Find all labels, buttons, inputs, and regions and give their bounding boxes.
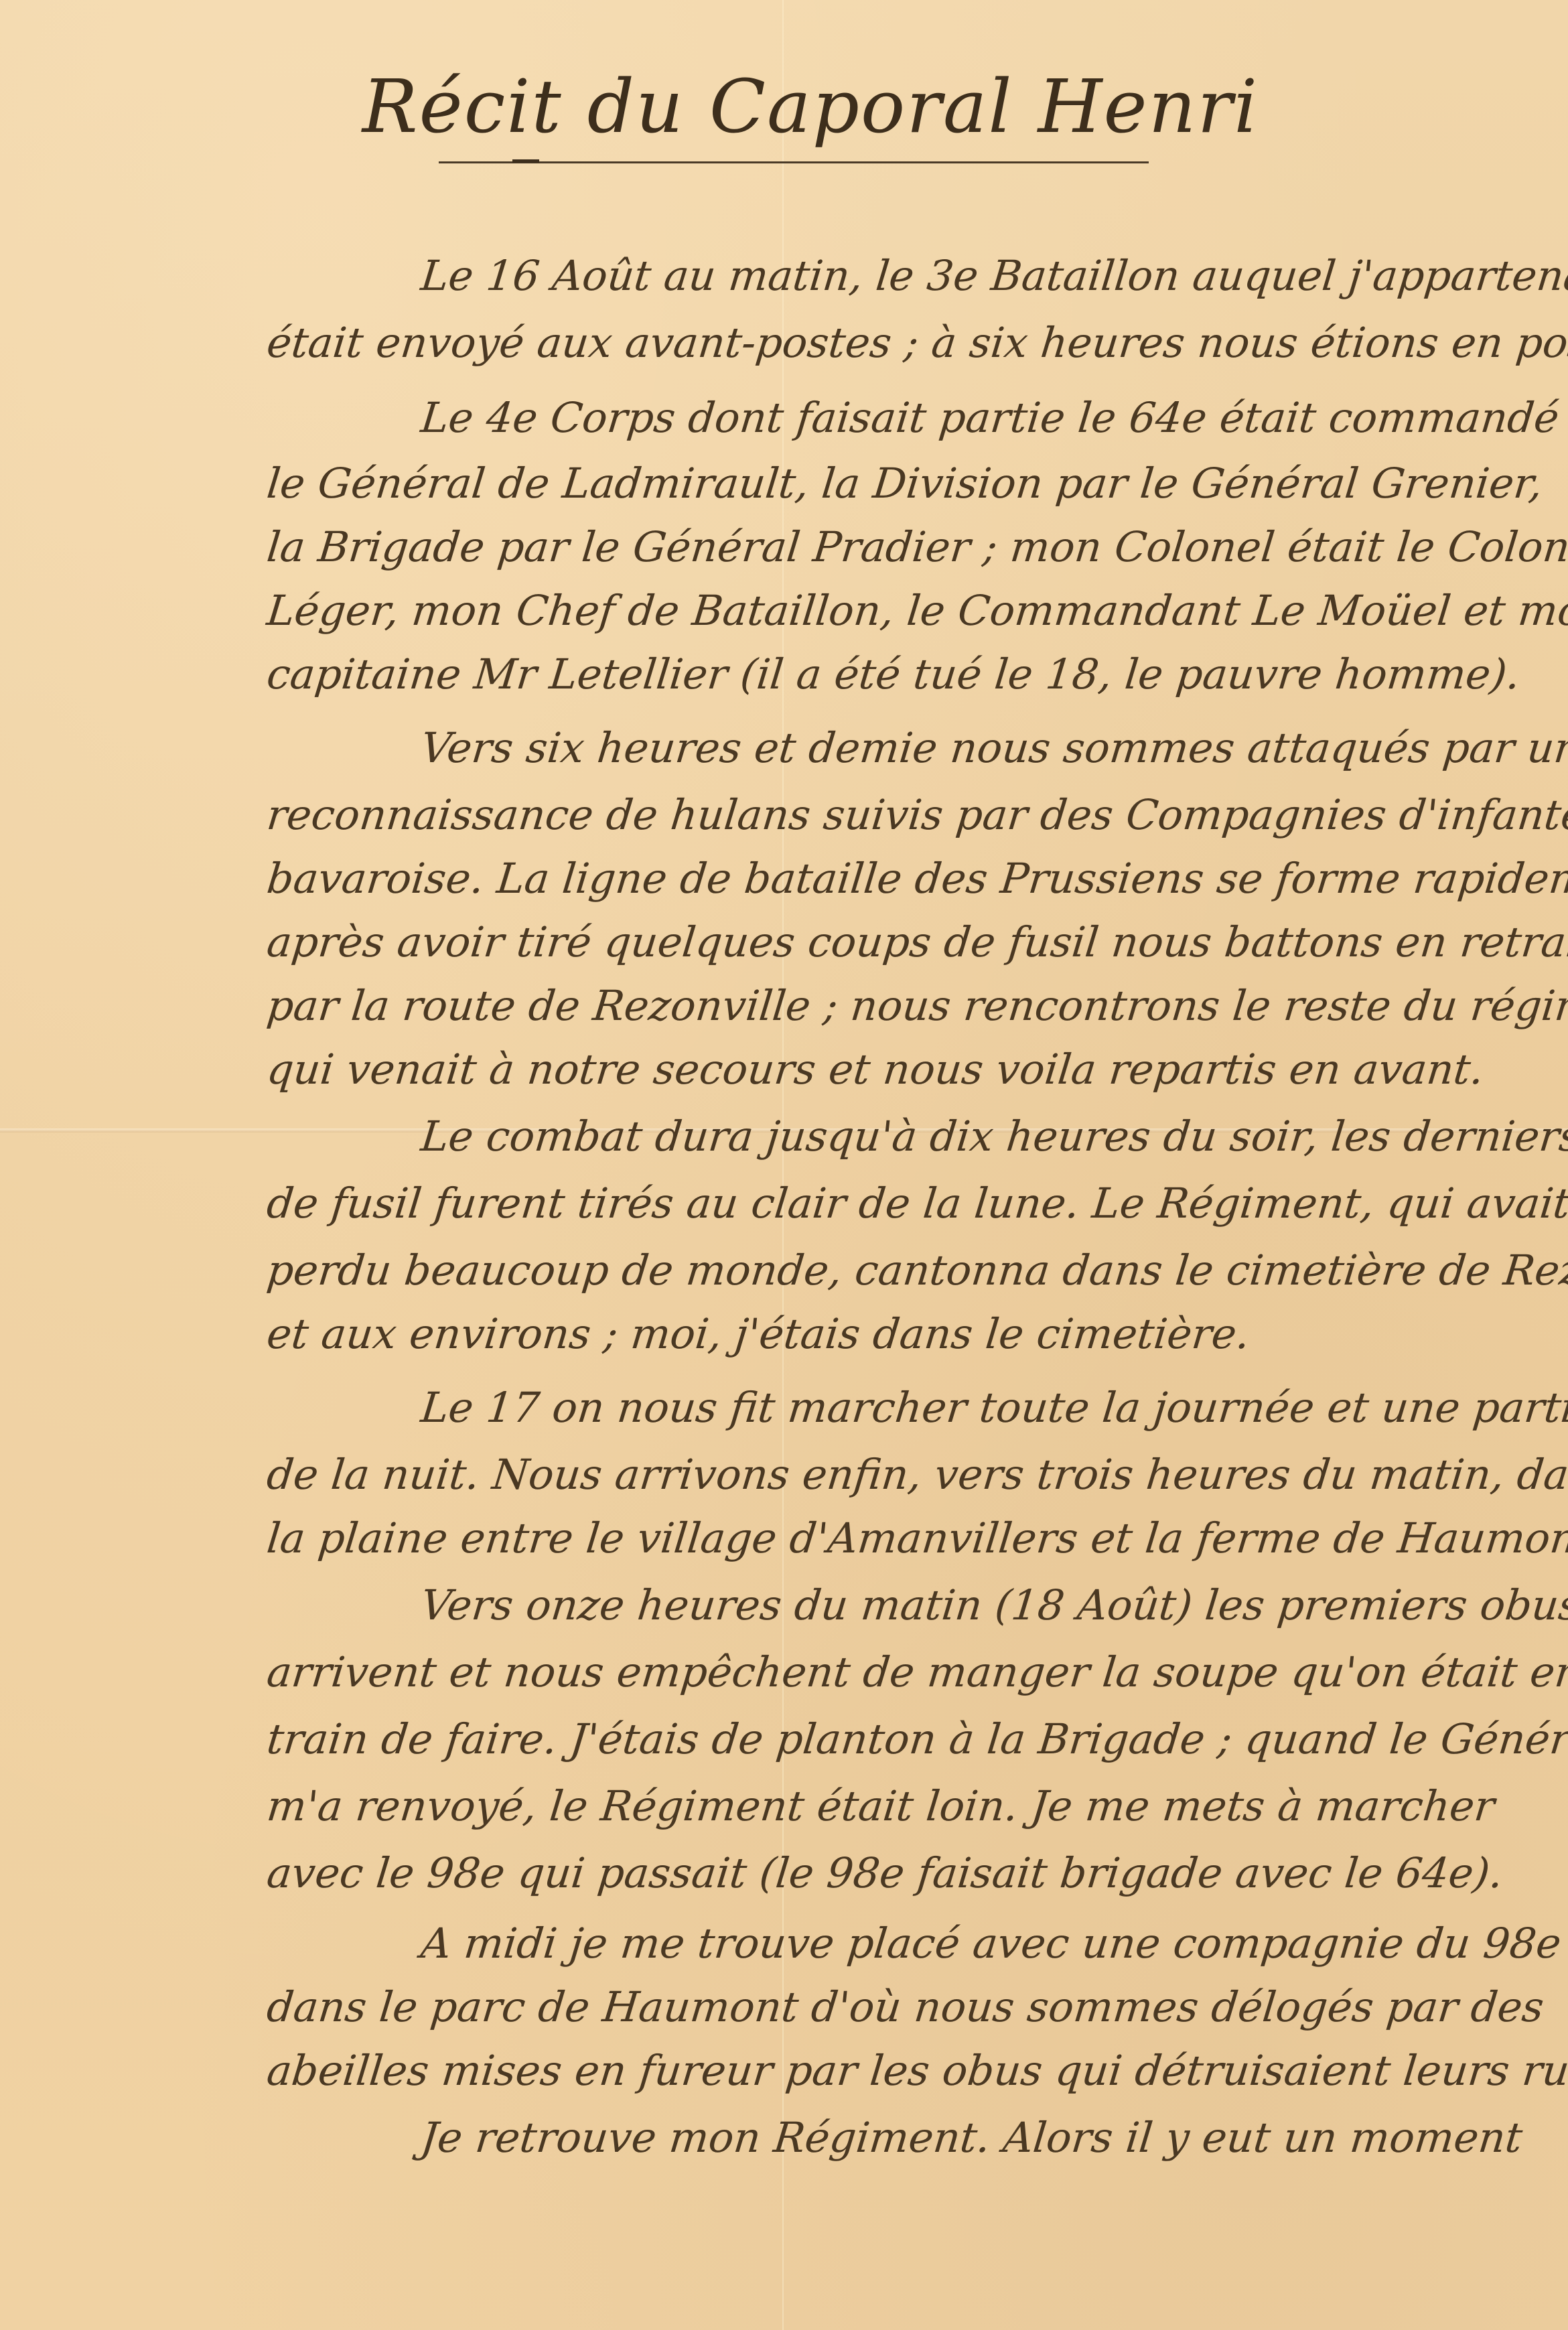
text-line: Léger, mon Chef de Bataillon, le Command… (265, 586, 1568, 635)
manuscript-page: Récit du Caporal Henri Le 16 Août au mat… (0, 0, 1568, 2330)
text-line: la plaine entre le village d'Amanvillers… (265, 1514, 1568, 1562)
title-underline-mark (512, 159, 539, 163)
text-line: Vers six heures et demie nous sommes att… (419, 723, 1568, 772)
text-line: était envoyé aux avant-postes ; à six he… (265, 318, 1568, 367)
text-line: Vers onze heures du matin (18 Août) les … (419, 1581, 1568, 1629)
text-line: A midi je me trouve placé avec une compa… (419, 1919, 1563, 1968)
text-line: train de faire. J'étais de planton à la … (265, 1715, 1568, 1763)
text-line: bavaroise. La ligne de bataille des Prus… (265, 854, 1568, 903)
text-line: par la route de Rezonville ; nous rencon… (265, 981, 1568, 1030)
text-line: Je retrouve mon Régiment. Alors il y eut… (419, 2113, 1524, 2162)
text-line: après avoir tiré quelques coups de fusil… (265, 918, 1568, 966)
text-line: dans le parc de Haumont d'où nous sommes… (265, 1982, 1546, 2031)
text-line: qui venait à notre secours et nous voila… (265, 1045, 1486, 1094)
text-line: avec le 98e qui passait (le 98e faisait … (265, 1848, 1506, 1897)
text-line: Le combat dura jusqu'à dix heures du soi… (419, 1112, 1568, 1161)
text-line: abeilles mises en fureur par les obus qu… (265, 2046, 1568, 2095)
text-line: Le 17 on nous fit marcher toute la journ… (419, 1383, 1568, 1432)
title-underline (439, 161, 1149, 163)
text-line: la Brigade par le Général Pradier ; mon … (265, 522, 1568, 571)
text-line: de fusil furent tirés au clair de la lun… (265, 1179, 1568, 1228)
text-line: de la nuit. Nous arrivons enfin, vers tr… (265, 1450, 1568, 1499)
text-line: Le 4e Corps dont faisait partie le 64e é… (419, 393, 1568, 442)
text-line: le Général de Ladmirault, la Division pa… (265, 459, 1545, 508)
text-line: arrivent et nous empêchent de manger la … (265, 1648, 1568, 1696)
text-line: reconnaissance de hulans suivis par des … (265, 790, 1568, 839)
text-line: capitaine Mr Letellier (il a été tué le … (265, 650, 1522, 699)
page-title: Récit du Caporal Henri (348, 64, 1273, 149)
text-line: perdu beaucoup de monde, cantonna dans l… (265, 1246, 1568, 1295)
text-line: m'a renvoyé, le Régiment était loin. Je … (265, 1781, 1497, 1830)
text-line: Le 16 Août au matin, le 3e Bataillon auq… (419, 251, 1568, 300)
text-line: et aux environs ; moi, j'étais dans le c… (265, 1309, 1252, 1358)
